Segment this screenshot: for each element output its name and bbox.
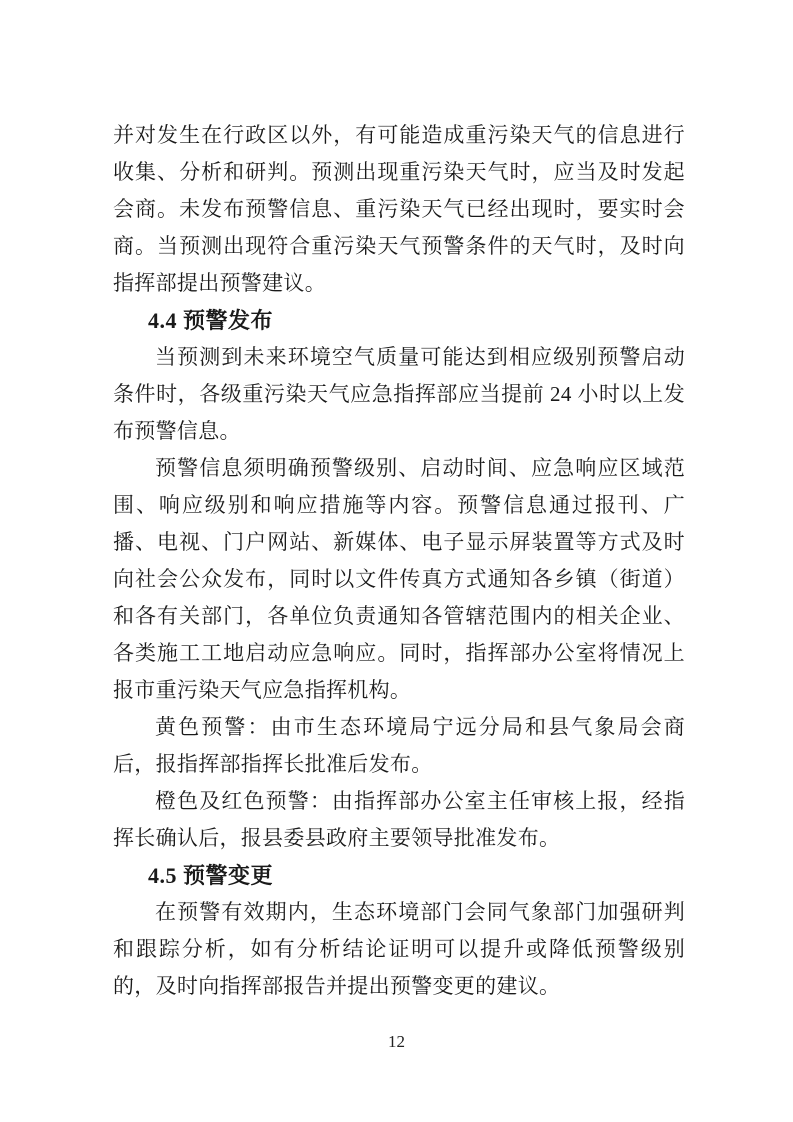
page-content: 并对发生在行政区以外，有可能造成重污染天气的信息进行收集、分析和研判。预测出现重… <box>113 117 685 1005</box>
document-page: 并对发生在行政区以外，有可能造成重污染天气的信息进行收集、分析和研判。预测出现重… <box>0 0 793 1122</box>
paragraph-yellow-warning: 黄色预警：由市生态环境局宁远分局和县气象局会商后，报指挥部指挥长批准后发布。 <box>113 709 685 783</box>
paragraph-warning-change: 在预警有效期内，生态环境部门会同气象部门加强研判和跟踪分析，如有分析结论证明可以… <box>113 894 685 1005</box>
page-number: 12 <box>0 1030 793 1054</box>
paragraph-warning-info-content: 预警信息须明确预警级别、启动时间、应急响应区域范围、响应级别和响应措施等内容。预… <box>113 450 685 709</box>
section-heading-4-4: 4.4 预警发布 <box>113 302 685 339</box>
section-heading-4-5: 4.5 预警变更 <box>113 857 685 894</box>
paragraph-warning-release-timing: 当预测到未来环境空气质量可能达到相应级别预警启动条件时，各级重污染天气应急指挥部… <box>113 339 685 450</box>
paragraph-orange-red-warning: 橙色及红色预警：由指挥部办公室主任审核上报，经指挥长确认后，报县委县政府主要领导… <box>113 783 685 857</box>
paragraph-continuation: 并对发生在行政区以外，有可能造成重污染天气的信息进行收集、分析和研判。预测出现重… <box>113 117 685 302</box>
